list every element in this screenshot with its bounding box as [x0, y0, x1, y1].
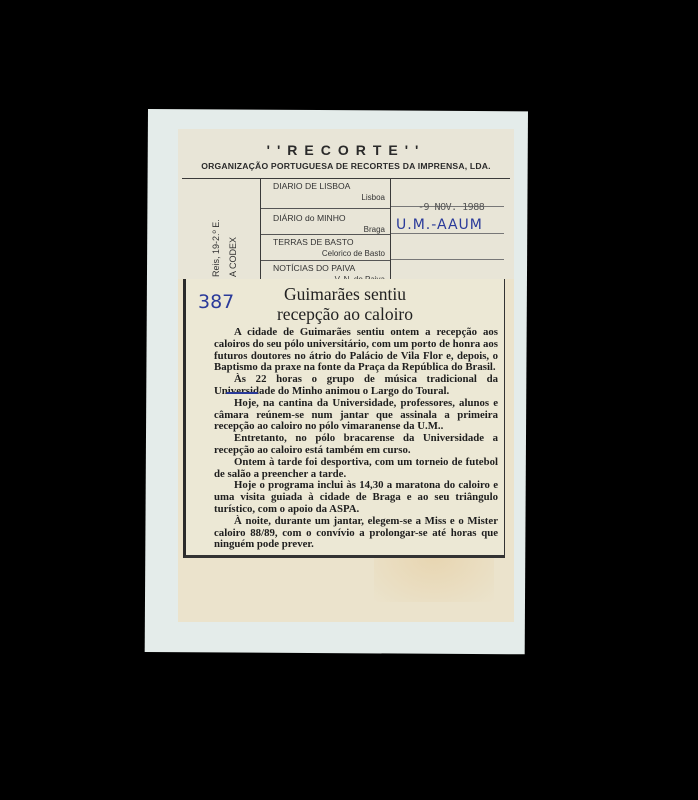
side-address-line-1: Reis, 19-2.º E.	[211, 219, 221, 277]
article-paragraph: À noite, durante um jantar, elegem-se a …	[214, 516, 498, 551]
recorte-header-slip: ''RECORTE'' ORGANIZAÇÃO PORTUGUESA DE RE…	[178, 129, 514, 279]
article-body: A cidade de Guimarães sentiu ontem a rec…	[214, 327, 498, 551]
newspaper-entry: DIÁRIO do MINHO Braga	[263, 213, 387, 234]
article-paragraph: A cidade de Guimarães sentiu ontem a rec…	[214, 327, 498, 374]
newspaper-clipping: 387 Guimarães sentiu recepção ao caloiro…	[178, 279, 514, 622]
handwritten-archive-code: U.M.-AAUM	[396, 217, 483, 233]
column-divider	[260, 179, 261, 279]
article-frame: 387 Guimarães sentiu recepção ao caloiro…	[183, 279, 505, 558]
newspaper-entry: DIARIO DE LISBOA Lisboa	[263, 181, 387, 202]
article-paragraph: Hoje o programa inclui às 14,30 a marato…	[214, 480, 498, 515]
side-address-line-2: A CODEX	[228, 237, 238, 277]
article-paragraph: Às 22 horas o grupo de música tradiciona…	[214, 374, 498, 398]
row-divider	[261, 208, 390, 209]
article-paragraph: Hoje, na cantina da Universidade, profes…	[214, 398, 498, 433]
ink-underline	[226, 392, 258, 394]
date-line	[391, 233, 504, 234]
slip-organization: ORGANIZAÇÃO PORTUGUESA DE RECORTES DA IM…	[178, 161, 514, 171]
newspaper-entry: TERRAS DE BASTO Celorico de Basto	[263, 237, 387, 258]
column-divider	[390, 179, 391, 279]
article-paragraph: Entretanto, no pólo bracarense da Univer…	[214, 433, 498, 457]
article-paragraph: Ontem à tarde foi desportiva, com um tor…	[214, 457, 498, 481]
slip-title: ''RECORTE''	[178, 142, 514, 158]
article-headline: Guimarães sentiu recepção ao caloiro	[186, 284, 504, 324]
date-line	[391, 259, 504, 260]
slip-divider	[182, 178, 510, 179]
date-stamp: -9 NOV. 1988	[418, 202, 484, 213]
row-divider	[261, 234, 390, 235]
row-divider	[261, 260, 390, 261]
